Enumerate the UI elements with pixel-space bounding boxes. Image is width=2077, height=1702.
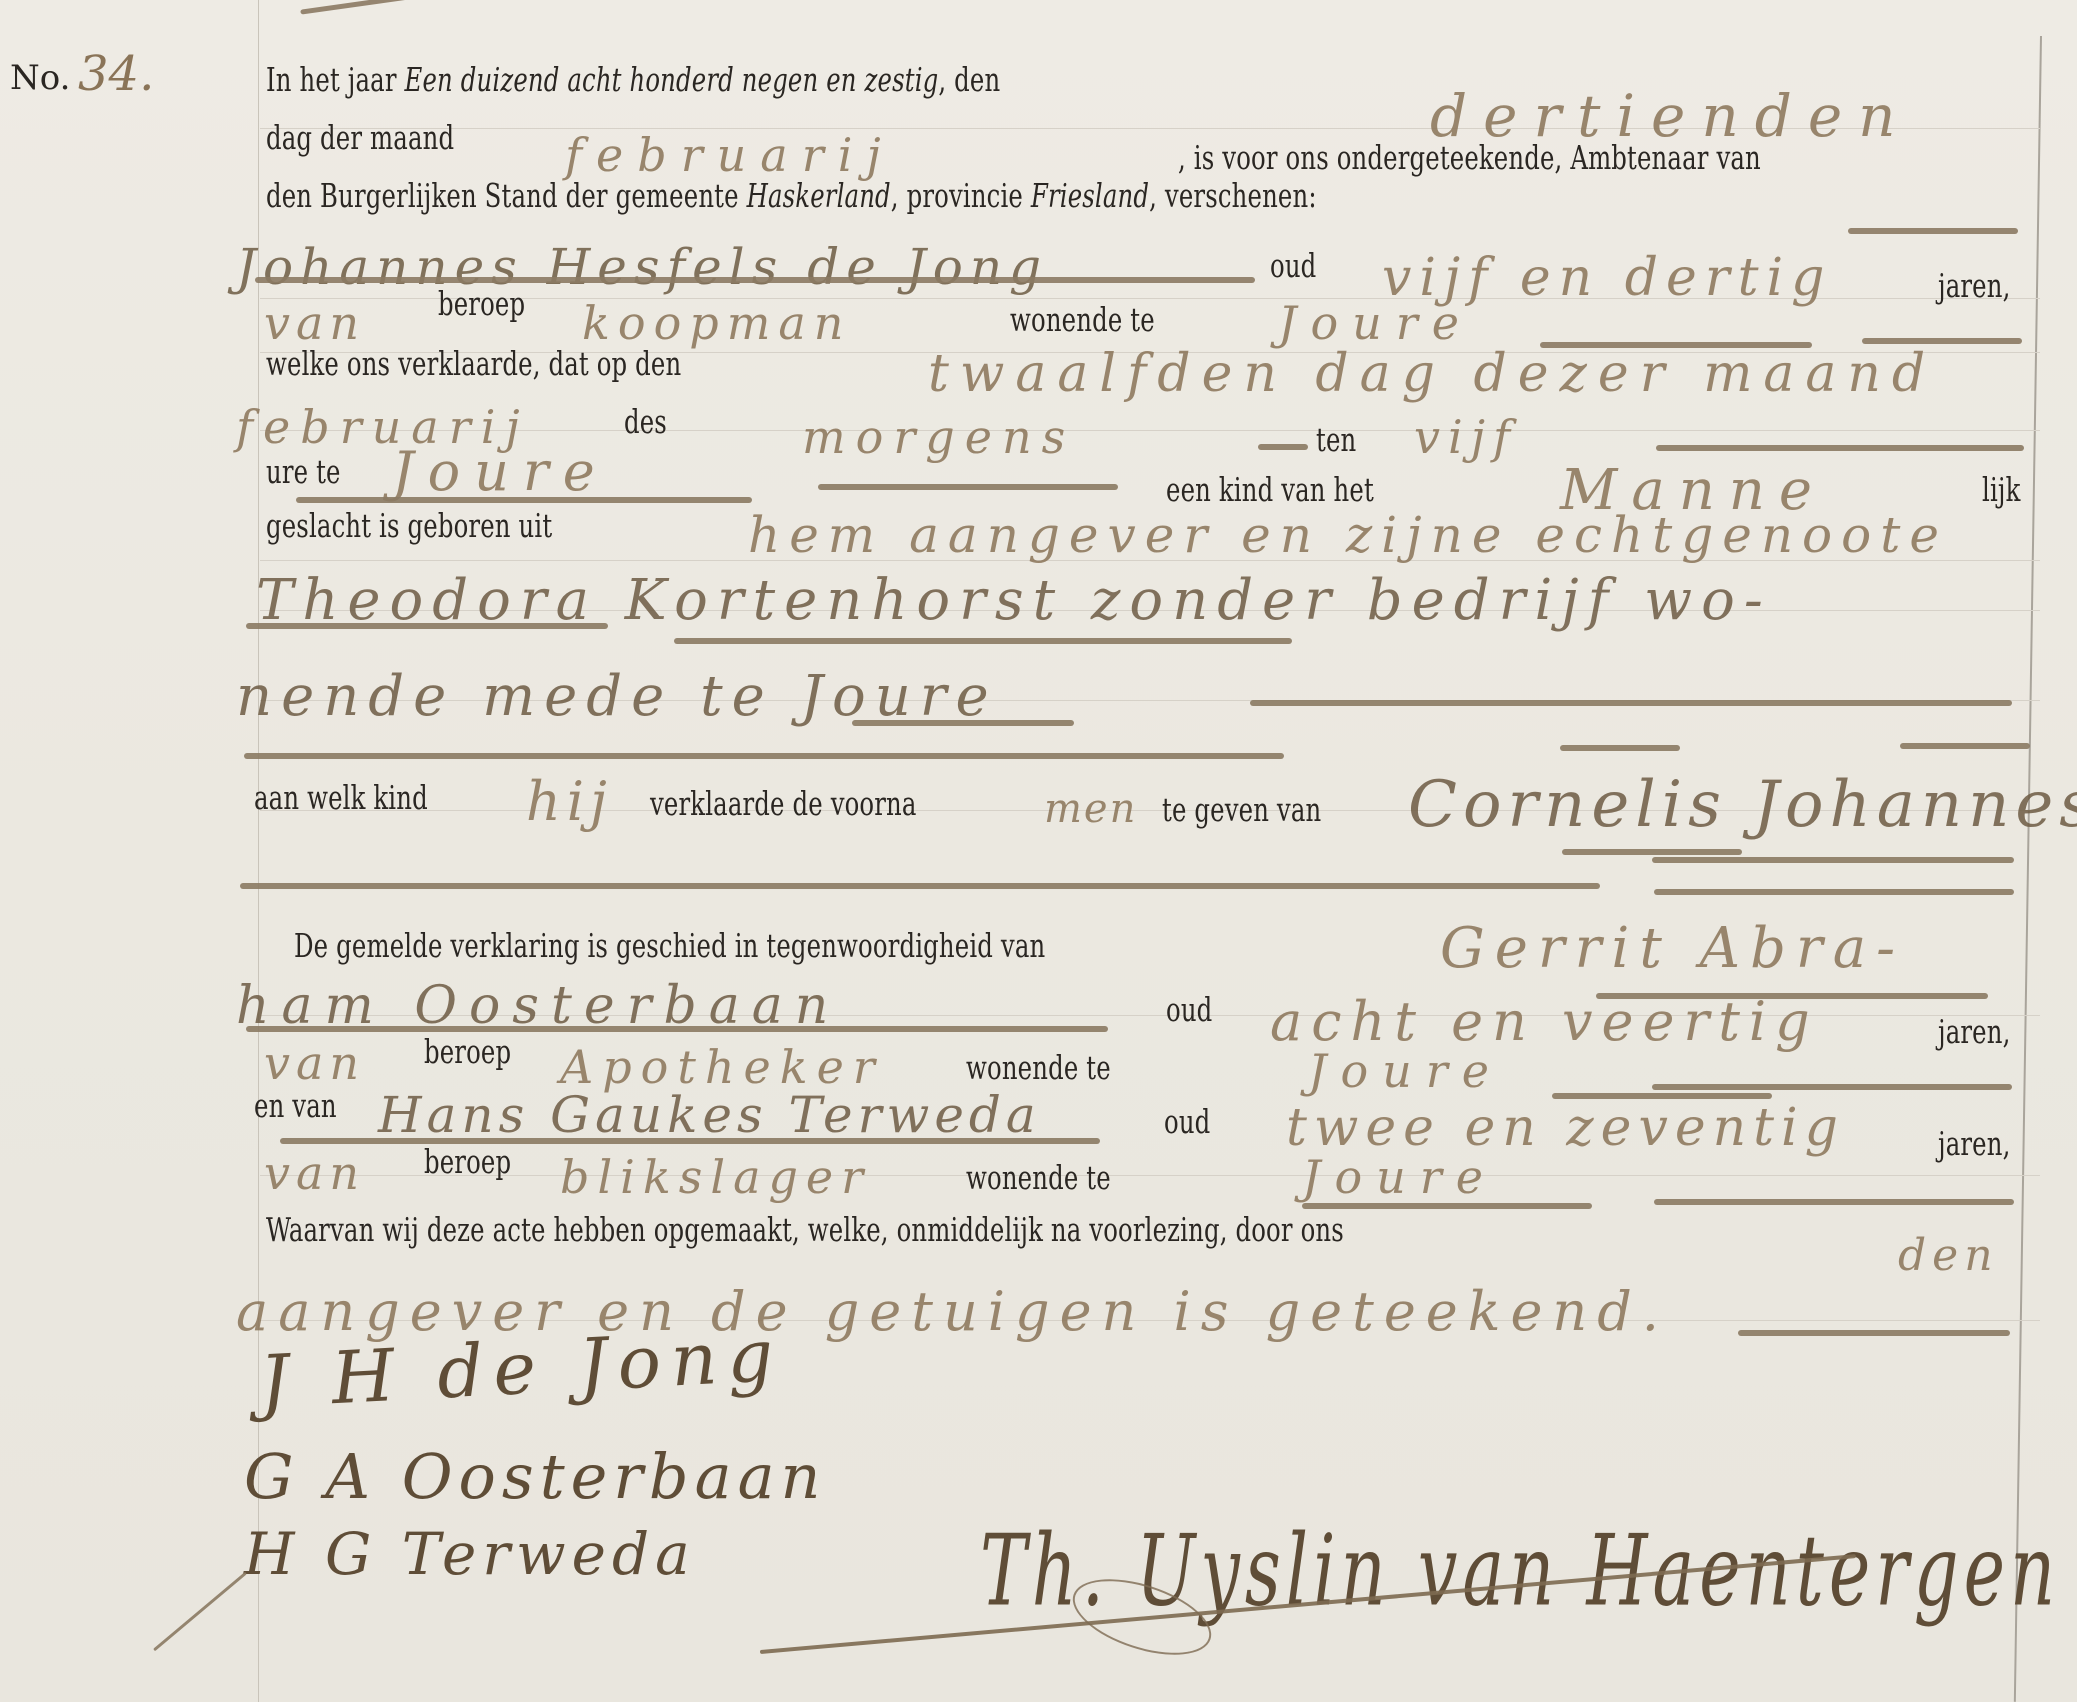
filler-strike [1652,1084,2012,1090]
printed-text: Waarvan wij deze acte hebben opgemaakt, … [266,1210,1344,1249]
printed-text: oud [1164,1102,1210,1141]
filler-strike [1258,444,1308,450]
printed-text: oud [1166,990,1212,1029]
printed-text: ure te [266,452,341,491]
handwritten-witness2-age: twee en zeventig [1286,1098,1845,1158]
filler-strike [1654,889,2014,895]
printed-text: verklaarde de voorna [650,784,917,823]
handwritten-witness2-residence: Joure [1302,1150,1497,1204]
handwritten-birth-hour: vijf [1414,410,1518,464]
handwritten-van: van [264,1146,365,1200]
ruled-line [260,1175,2040,1176]
handwritten-van: van [264,296,365,350]
filler-strike [246,1026,1108,1032]
printed-text: een kind van het [1166,470,1374,509]
filler-strike [244,753,1284,759]
filler-strike [280,1138,1100,1144]
handwritten-father-name: Johannes Hesfels de Jong [236,238,1048,296]
filler-strike [246,623,608,629]
printed-text: ten [1316,420,1356,459]
filler-strike [1302,1203,1592,1209]
printed-text: wonende te [966,1048,1111,1087]
printed-text: wonende te [1010,300,1155,339]
handwritten-witness1-first: Gerrit Abra- [1440,916,1905,981]
printed-text: welke ons verklaarde, dat op den [266,344,681,383]
handwritten-van: van [264,1036,365,1090]
filler-strike [1560,745,1680,751]
printed-text: aan welk kind [254,778,428,817]
printed-text: In het jaar Een duizend acht honderd neg… [266,60,1000,99]
handwritten-father-residence: Joure [1278,296,1473,350]
printed-text: jaren, [1938,1012,2010,1051]
printed-text: jaren, [1938,266,2010,305]
handwritten-father-occupation: koopman [582,296,851,350]
record-number-label: No. [10,58,70,98]
signature-witness1: G A Oosterbaan [244,1440,826,1513]
printed-text: lijk [1982,470,2021,509]
filler-strike [296,497,752,503]
printed-text: wonende te [966,1158,1111,1197]
filler-strike [255,277,1255,283]
record-number-value: 34. [78,46,154,102]
handwritten-time-of-day: morgens [802,410,1075,464]
printed-text: , is voor ons ondergeteekende, Ambtenaar… [1178,138,1761,177]
handwritten-birth-date: twaalfden dag dezer maand [928,344,1936,404]
handwritten-witness2-name: Hans Gaukes Terweda [378,1086,1041,1144]
filler-strike [852,720,1074,726]
printed-text: beroep [424,1142,511,1181]
printed-text: jaren, [1938,1124,2010,1163]
handwritten-witness1-residence: Joure [1308,1044,1503,1098]
printed-text: geslacht is geboren uit [266,506,552,545]
handwritten-month: februarij [565,128,895,182]
handwritten-child-name: Cornelis Johannes [1408,768,2077,842]
handwritten-men: men [1044,786,1137,832]
handwritten-parents: hem aangever en zijne echtgenoote [748,506,1948,564]
printed-text: dag der maand [266,118,454,157]
filler-strike [1900,743,2030,749]
handwritten-den: den [1898,1230,1999,1281]
handwritten-witness2-occupation: blikslager [560,1150,871,1204]
handwritten-hij: hij [526,770,613,833]
printed-text: den Burgerlijken Stand der gemeente Hask… [266,176,1317,215]
printed-text: en van [254,1086,337,1125]
printed-text: oud [1270,246,1316,285]
filler-strike [1562,849,1742,855]
filler-strike [1654,1199,2014,1205]
printed-text: beroep [438,284,525,323]
filler-strike [240,883,1600,889]
printed-text: te geven van [1162,790,1321,829]
printed-text: beroep [424,1032,511,1071]
filler-strike [818,484,1118,490]
filler-strike [674,638,1292,644]
printed-text: des [624,402,667,441]
printed-text: De gemelde verklaring is geschied in teg… [294,926,1045,965]
filler-strike [1656,445,2024,451]
signature-witness2: H G Terweda [244,1520,696,1588]
filler-strike [1848,228,2018,234]
handwritten-birth-place: Joure [392,440,609,503]
filler-strike [1652,857,2014,863]
filler-strike [1250,700,2012,706]
filler-strike [1738,1330,2010,1336]
